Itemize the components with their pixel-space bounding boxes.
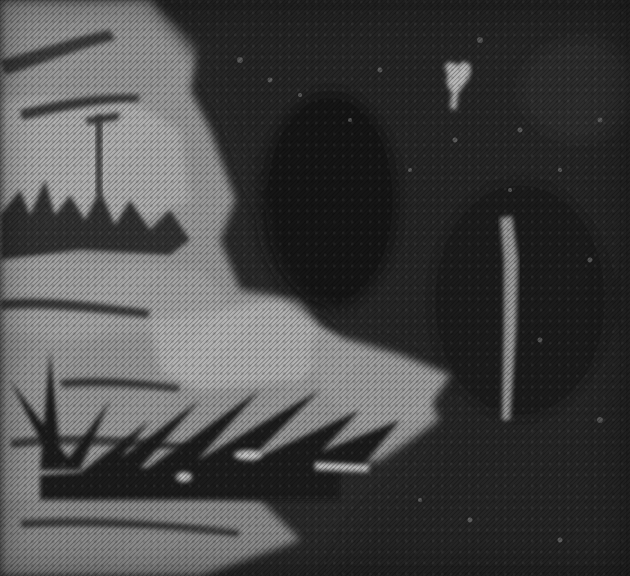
landscape-scene: [0, 0, 630, 576]
landscape-photo: [0, 0, 630, 576]
post: [96, 115, 102, 195]
